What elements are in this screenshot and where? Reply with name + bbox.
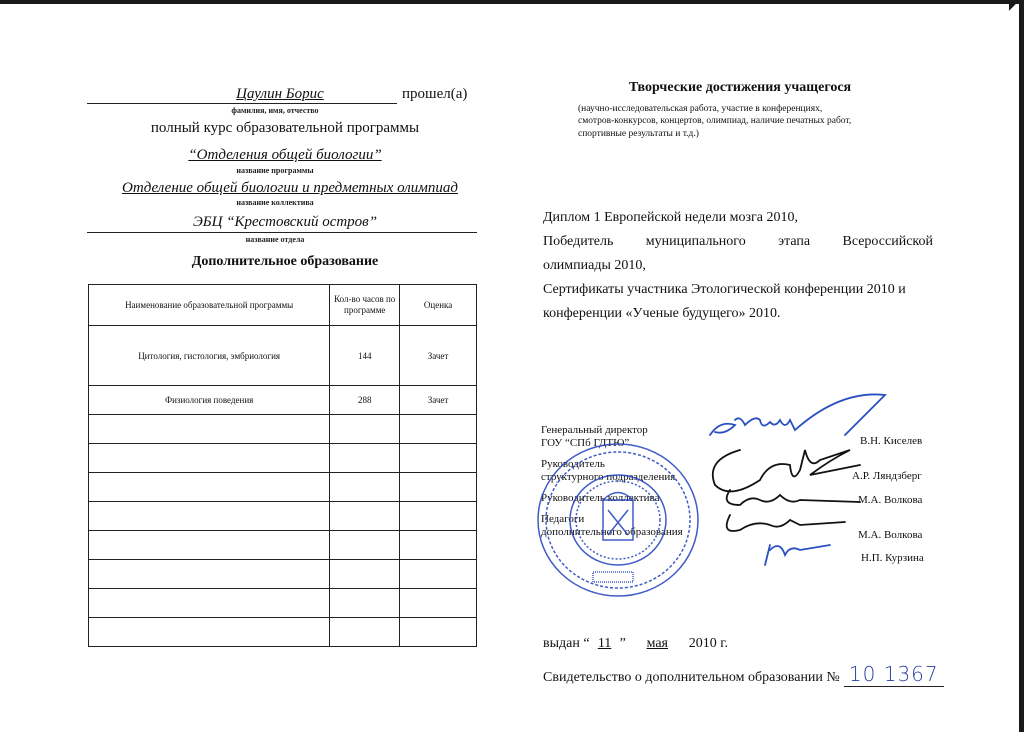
signatory-name: А.Р. Ляндзберг xyxy=(852,470,922,482)
table-row xyxy=(89,502,477,531)
cell-program xyxy=(89,473,330,502)
cell-program xyxy=(89,618,330,647)
issued-day: 11 xyxy=(590,636,620,652)
cell-grade xyxy=(400,618,477,647)
cell-program xyxy=(89,444,330,473)
cell-program xyxy=(89,502,330,531)
cell-grade xyxy=(400,502,477,531)
table-header-row: Наименование образовательной программы К… xyxy=(89,285,477,326)
word: Победитель xyxy=(543,230,613,254)
cell-hours xyxy=(330,444,400,473)
signatory-name: Н.П. Курзина xyxy=(861,552,924,564)
certificate-label: Свидетельство о дополнительном образован… xyxy=(543,670,840,685)
department-name: ЭБЦ “Крестовский остров” xyxy=(150,214,420,231)
passed-label: прошел(а) xyxy=(402,86,467,103)
word: этапа xyxy=(778,230,810,254)
header-hours: Кол-во часов по программе xyxy=(330,285,400,326)
cell-hours xyxy=(330,415,400,444)
cell-hours: 144 xyxy=(330,326,400,386)
achievement-line: Диплом 1 Европейской недели мозга 2010, xyxy=(543,206,933,230)
table-row xyxy=(89,444,477,473)
achievement-line-justified: Победитель муниципального этапа Всеросси… xyxy=(543,230,933,254)
cell-hours xyxy=(330,560,400,589)
section-title: Дополнительное образование xyxy=(120,254,450,270)
cell-hours xyxy=(330,618,400,647)
achievements-list: Диплом 1 Европейской недели мозга 2010, … xyxy=(543,206,933,326)
issued-quote: ” xyxy=(620,636,626,651)
cell-grade: Зачет xyxy=(400,326,477,386)
cell-program: Цитология, гистология, эмбриология xyxy=(89,326,330,386)
official-stamp-icon xyxy=(533,440,703,600)
student-name: Цаулин Борис xyxy=(190,86,370,103)
cell-grade xyxy=(400,560,477,589)
program-name: “Отделения общей биологии” xyxy=(150,147,420,164)
cell-grade xyxy=(400,589,477,618)
scanner-edge-corner xyxy=(1009,0,1019,14)
issued-date: выдан “11” мая 2010 г. xyxy=(543,636,728,652)
scanner-edge-right xyxy=(1019,0,1024,732)
subtitle-line: смотров-конкурсов, концертов, олимпиад, … xyxy=(578,115,918,127)
cell-program xyxy=(89,589,330,618)
collective-name: Отделение общей биологии и предметных ол… xyxy=(95,180,485,197)
word: Всероссийской xyxy=(843,230,934,254)
caption-collective: название коллектива xyxy=(200,198,350,207)
caption-department: название отдела xyxy=(200,235,350,244)
achievement-line: конференции «Ученые будущего» 2010. xyxy=(543,302,933,326)
certificate-number: 10 1367 xyxy=(844,662,944,687)
cell-program xyxy=(89,415,330,444)
issued-month: мая xyxy=(629,636,685,652)
subtitle-line: спортивные результаты и т.д.) xyxy=(578,128,918,140)
issued-year: 2010 г. xyxy=(689,636,728,651)
signatory-name: М.А. Волкова xyxy=(858,529,922,541)
table-row xyxy=(89,589,477,618)
cell-program: Физиология поведения xyxy=(89,386,330,415)
table-row: Физиология поведения288Зачет xyxy=(89,386,477,415)
achievement-line: олимпиады 2010, xyxy=(543,254,933,278)
cell-hours xyxy=(330,502,400,531)
caption-fio: фамилия, имя, отчество xyxy=(200,106,350,115)
signatory-name: В.Н. Киселев xyxy=(860,435,922,447)
cell-hours xyxy=(330,531,400,560)
table-row xyxy=(89,531,477,560)
issued-prefix: выдан “ xyxy=(543,636,590,651)
subtitle-line: (научно-исследовательская работа, участи… xyxy=(578,103,918,115)
certificate-line: Свидетельство о дополнительном образован… xyxy=(543,662,944,687)
cell-hours xyxy=(330,473,400,502)
cell-grade xyxy=(400,531,477,560)
cell-hours xyxy=(330,589,400,618)
table-row xyxy=(89,560,477,589)
scanner-edge-top xyxy=(0,0,1024,4)
header-grade: Оценка xyxy=(400,285,477,326)
achievement-line: Сертификаты участника Этологической конф… xyxy=(543,278,933,302)
courses-table: Наименование образовательной программы К… xyxy=(88,284,477,647)
header-program: Наименование образовательной программы xyxy=(89,285,330,326)
cell-program xyxy=(89,560,330,589)
cell-grade xyxy=(400,473,477,502)
achievements-subtitle: (научно-исследовательская работа, участи… xyxy=(578,103,918,140)
table-row: Цитология, гистология, эмбриология144Зач… xyxy=(89,326,477,386)
table-row xyxy=(89,618,477,647)
signatory-name: М.А. Волкова xyxy=(858,494,922,506)
table-row xyxy=(89,415,477,444)
word: муниципального xyxy=(646,230,746,254)
course-text: полный курс образовательной программы xyxy=(120,120,450,137)
cell-grade: Зачет xyxy=(400,386,477,415)
cell-grade xyxy=(400,415,477,444)
cell-hours: 288 xyxy=(330,386,400,415)
cell-grade xyxy=(400,444,477,473)
table-row xyxy=(89,473,477,502)
achievements-title: Творческие достижения учащегося xyxy=(570,80,910,96)
caption-program: название программы xyxy=(200,166,350,175)
cell-program xyxy=(89,531,330,560)
